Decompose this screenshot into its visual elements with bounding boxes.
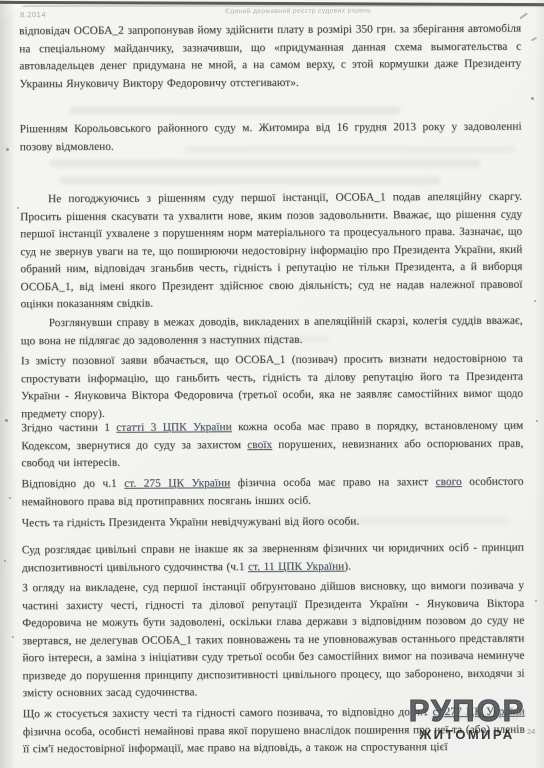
paragraph: відповідач ОСОБА_2 запропонував йому зді… bbox=[19, 21, 521, 94]
paragraph: Честь та гідність Президента України нев… bbox=[22, 513, 524, 533]
watermark-title: РУПОР bbox=[401, 696, 533, 726]
paragraph: З огляду на викладене, суд першої інстан… bbox=[22, 578, 525, 703]
law-reference: ст. 11 ЦПК України bbox=[248, 560, 344, 573]
underlined-word: свого bbox=[436, 476, 462, 488]
document-content: 8.2014 Єдиний державний реєстр судових р… bbox=[0, 0, 544, 768]
rupor-zhytomyra-watermark: РУПОР ЖИТОМИРА bbox=[401, 696, 533, 742]
underlined-word: своїх bbox=[247, 438, 272, 450]
paragraph-text: Що ж стосується захисту честі та гідност… bbox=[23, 706, 433, 720]
paragraph-text: Згідно частини 1 bbox=[21, 422, 116, 434]
header-date-mark: 8.2014 bbox=[20, 10, 46, 19]
paragraph-text: фізична особа має право на захист bbox=[230, 476, 435, 489]
paragraph: Суд розглядає цивільні справи не інакше … bbox=[22, 540, 524, 578]
page-number: 24 bbox=[527, 727, 535, 736]
paragraph-text: Не погоджуючись з рішенням суду першої і… bbox=[20, 191, 522, 311]
paragraph: Не погоджуючись з рішенням суду першої і… bbox=[20, 189, 523, 314]
paragraph-text: Рішенням Корольовського районного суду м… bbox=[20, 121, 522, 153]
law-reference: ст. 275 ЦК України bbox=[124, 477, 230, 490]
header-register-title: Єдиний державний реєстр судових рішень bbox=[225, 7, 385, 15]
paragraph: Відповідно до ч.1 ст. 275 ЦК України фіз… bbox=[21, 474, 523, 512]
paragraph: Розглянувши справу в межах доводів, викл… bbox=[21, 313, 523, 351]
paragraph-text: Відповідно до ч.1 bbox=[21, 478, 124, 491]
paragraph-text: ). bbox=[344, 560, 351, 572]
paragraph-text: З огляду на викладене, суд першої інстан… bbox=[22, 580, 525, 700]
paragraph: Із змісту позовної заяви вбачається, що … bbox=[21, 351, 523, 424]
paragraph-text: відповідач ОСОБА_2 запропонував йому зді… bbox=[19, 23, 521, 90]
paragraph: Згідно частини 1 статті 3 ЦПК України ко… bbox=[21, 418, 523, 473]
paragraph-text: Із змісту позовної заяви вбачається, що … bbox=[21, 353, 523, 420]
scanned-court-document-page: 8.2014 Єдиний державний реєстр судових р… bbox=[0, 0, 544, 768]
watermark-subtitle: ЖИТОМИРА bbox=[401, 727, 533, 742]
law-reference: статті 3 ЦПК України bbox=[116, 421, 232, 434]
paragraph-text: Розглянувши справу в межах доводів, викл… bbox=[21, 315, 523, 347]
paragraph: Рішенням Корольовського районного суду м… bbox=[20, 119, 522, 157]
paragraph-text: Честь та гідність Президента України нев… bbox=[22, 515, 360, 529]
